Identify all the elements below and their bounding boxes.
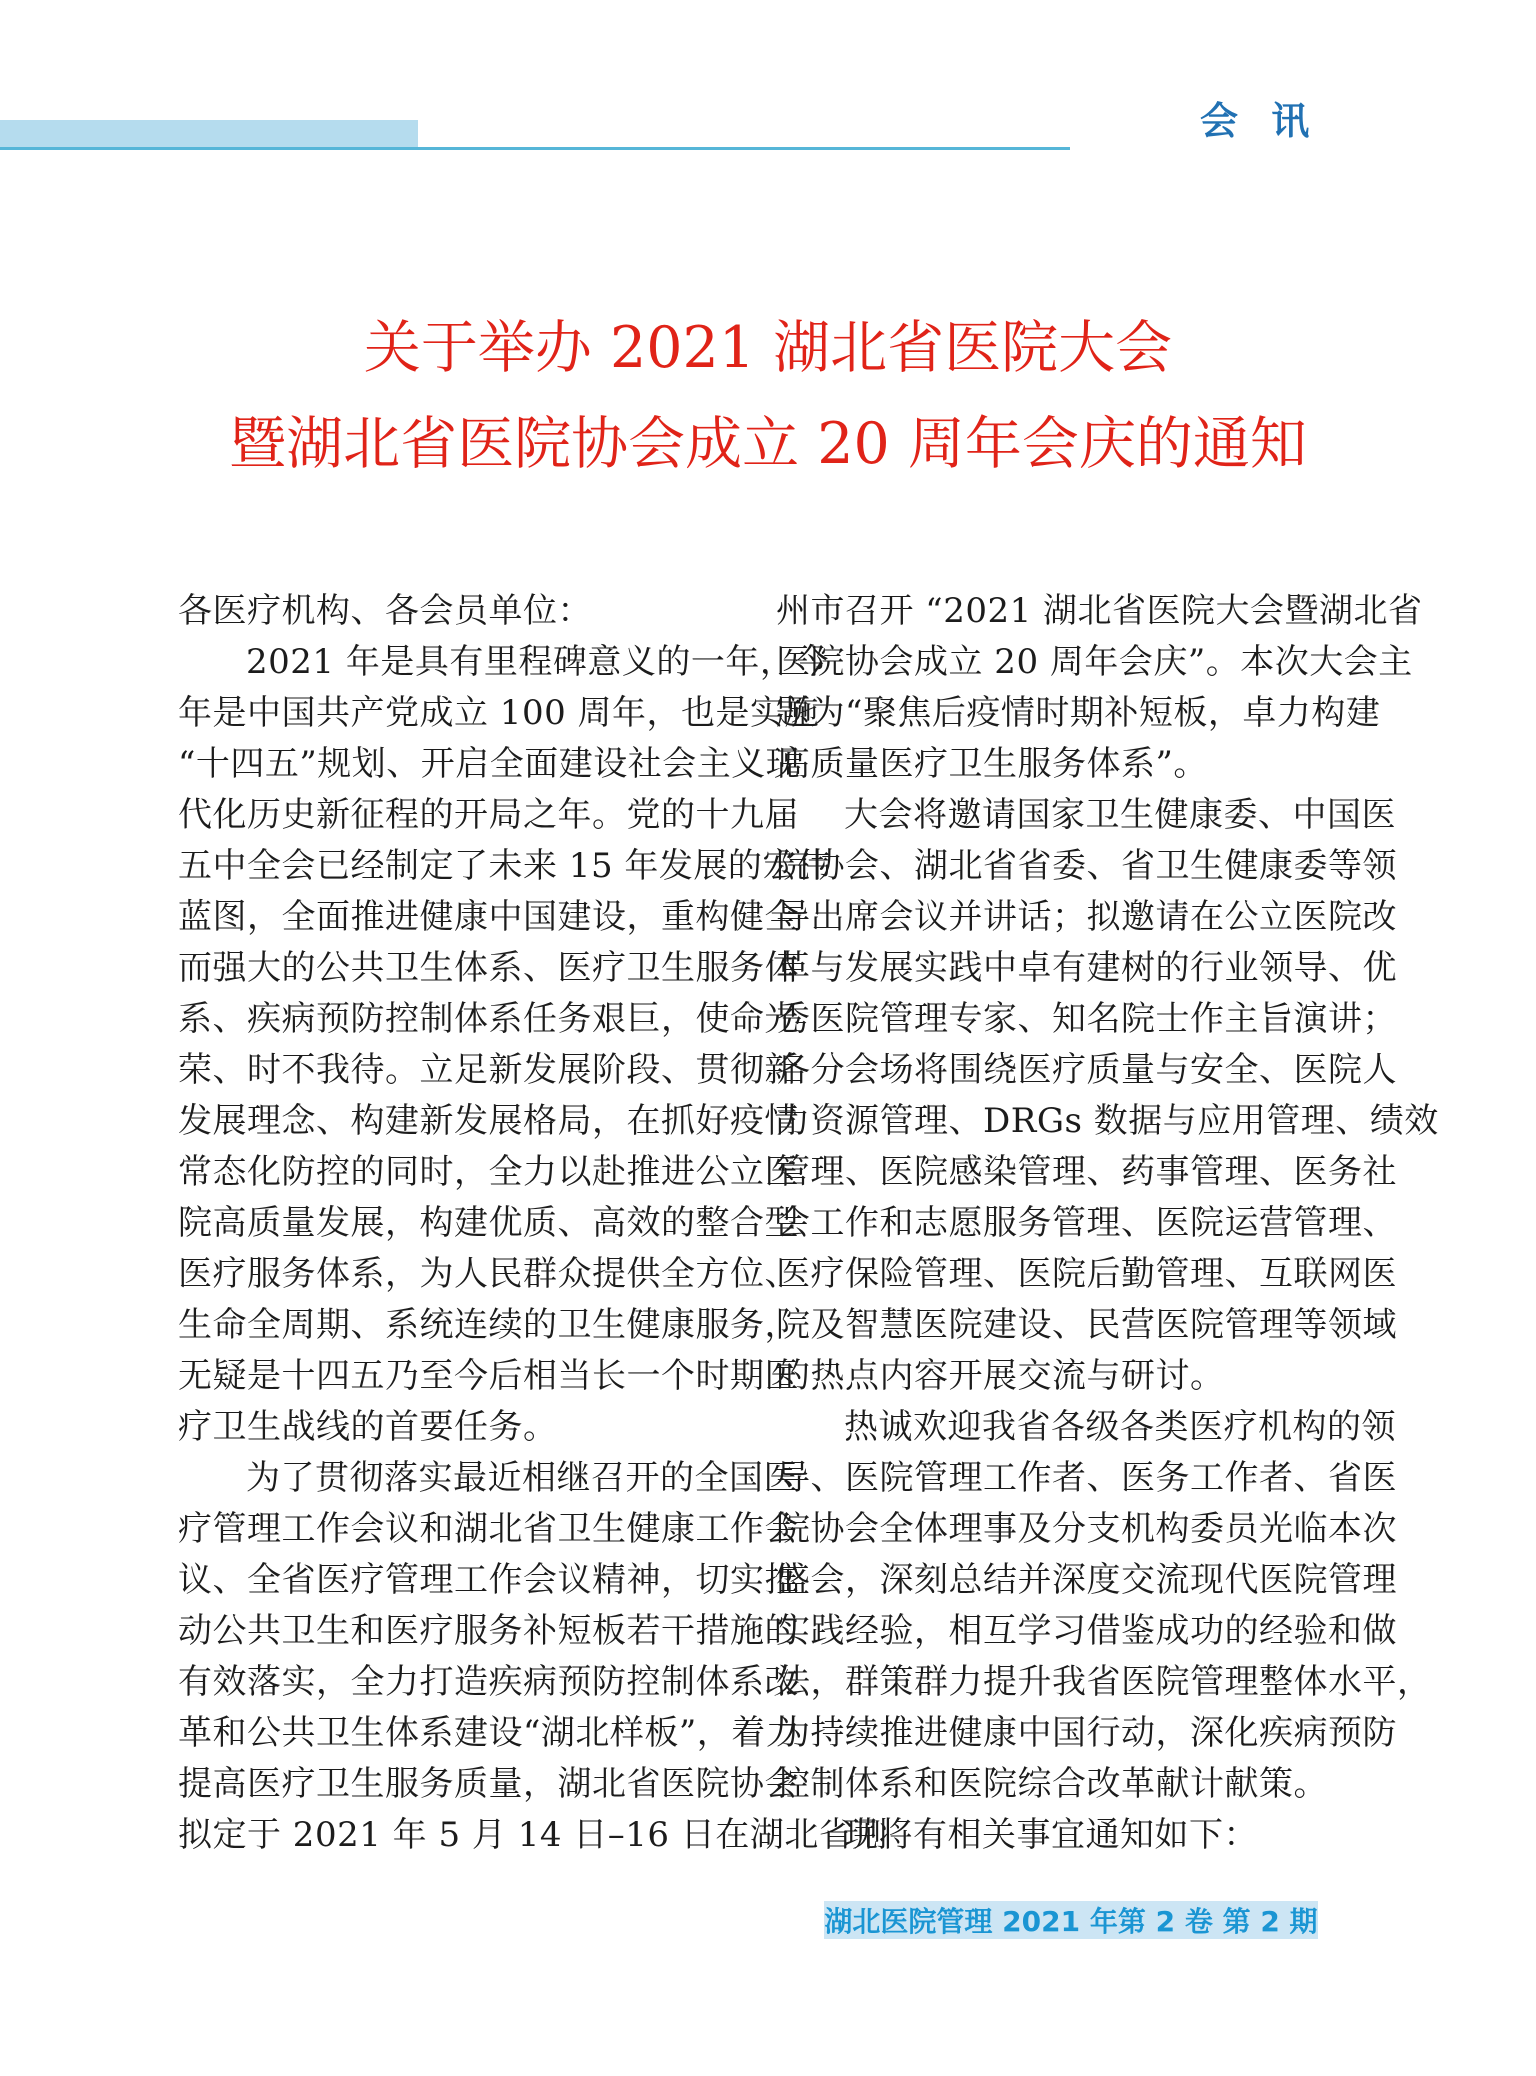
body-text-line: 管理、医院感染管理、药事管理、医务社 (776, 1147, 1324, 1198)
body-text-line: 控制体系和医院综合改革献计献策。 (776, 1759, 1324, 1810)
body-text-line: 革与发展实践中卓有建树的行业领导、优 (776, 943, 1324, 994)
body-text-line: 导出席会议并讲话；拟邀请在公立医院改 (776, 892, 1324, 943)
body-text-line: 题为“聚焦后疫情时期补短板，卓力构建 (776, 688, 1324, 739)
body-text-line: 常态化防控的同时，全力以赴推进公立医 (178, 1147, 730, 1198)
body-text-line: 各医疗机构、各会员单位： (178, 586, 730, 637)
body-column-left: 各医疗机构、各会员单位：2021 年是具有里程碑意义的一年，今年是中国共产党成立… (178, 586, 730, 1861)
body-text-line: 医疗服务体系，为人民群众提供全方位、 (178, 1249, 730, 1300)
body-text-line: 热诚欢迎我省各级各类医疗机构的领 (776, 1402, 1324, 1453)
body-text-line: 高质量医疗卫生服务体系”。 (776, 739, 1324, 790)
body-text-line: 拟定于 2021 年 5 月 14 日–16 日在湖北省荆 (178, 1810, 730, 1861)
body-text-line: 法，群策群力提升我省医院管理整体水平， (776, 1657, 1324, 1708)
body-text-line: 院及智慧医院建设、民营医院管理等领域 (776, 1300, 1324, 1351)
body-text-line: 秀医院管理专家、知名院士作主旨演讲； (776, 994, 1324, 1045)
body-text-line: 2021 年是具有里程碑意义的一年，今 (178, 637, 730, 688)
header-accent-bar (0, 120, 418, 150)
body-text-line: 盛会，深刻总结并深度交流现代医院管理 (776, 1555, 1324, 1606)
body-column-right: 州市召开 “2021 湖北省医院大会暨湖北省医院协会成立 20 周年会庆”。本次… (776, 586, 1324, 1861)
body-text-line: 院协会、湖北省省委、省卫生健康委等领 (776, 841, 1324, 892)
document-title-line1: 关于举办 2021 湖北省医院大会 (13, 318, 1523, 378)
body-text-line: 院协会全体理事及分支机构委员光临本次 (776, 1504, 1324, 1555)
body-text-line: 提高医疗卫生服务质量，湖北省医院协会 (178, 1759, 730, 1810)
body-text-line: 生命全周期、系统连续的卫生健康服务， (178, 1300, 730, 1351)
body-text-line: 医院协会成立 20 周年会庆”。本次大会主 (776, 637, 1324, 688)
body-text-line: 各分会场将围绕医疗质量与安全、医院人 (776, 1045, 1324, 1096)
section-label: 会 讯 (1200, 90, 1319, 145)
body-text-line: 州市召开 “2021 湖北省医院大会暨湖北省 (776, 586, 1324, 637)
body-text-line: 年是中国共产党成立 100 周年，也是实施 (178, 688, 730, 739)
body-text-line: 议、全省医疗管理工作会议精神，切实推 (178, 1555, 730, 1606)
body-text-line: 的热点内容开展交流与研讨。 (776, 1351, 1324, 1402)
body-text-line: 疗管理工作会议和湖北省卫生健康工作会 (178, 1504, 730, 1555)
body-text-line: 为了贯彻落实最近相继召开的全国医 (178, 1453, 730, 1504)
body-text-line: 会工作和志愿服务管理、医院运营管理、 (776, 1198, 1324, 1249)
body-text-line: 发展理念、构建新发展格局，在抓好疫情 (178, 1096, 730, 1147)
body-text-line: 医疗保险管理、医院后勤管理、互联网医 (776, 1249, 1324, 1300)
body-text-line: 力资源管理、DRGs 数据与应用管理、绩效 (776, 1096, 1324, 1147)
body-text-line: 革和公共卫生体系建设“湖北样板”，着力 (178, 1708, 730, 1759)
body-text-line: 院高质量发展，构建优质、高效的整合型 (178, 1198, 730, 1249)
body-text-line: 现将有相关事宜通知如下： (776, 1810, 1324, 1861)
body-text-line: 五中全会已经制定了未来 15 年发展的宏伟 (178, 841, 730, 892)
journal-issue-label: 湖北医院管理 2021 年第 2 卷 第 2 期 (824, 1900, 1317, 1940)
body-text-line: 而强大的公共卫生体系、医疗卫生服务体 (178, 943, 730, 994)
body-text-line: 大会将邀请国家卫生健康委、中国医 (776, 790, 1324, 841)
document-title-line2: 暨湖北省医院协会成立 20 周年会庆的通知 (13, 414, 1523, 474)
document-title: 关于举办 2021 湖北省医院大会 暨湖北省医院协会成立 20 周年会庆的通知 (13, 318, 1523, 474)
body-text-line: 疗卫生战线的首要任务。 (178, 1402, 730, 1453)
body-text-line: “十四五”规划、开启全面建设社会主义现 (178, 739, 730, 790)
body-text-line: 有效落实，全力打造疾病预防控制体系改 (178, 1657, 730, 1708)
header-rule-line (0, 147, 1070, 150)
body-text-line: 为持续推进健康中国行动，深化疾病预防 (776, 1708, 1324, 1759)
footer-banner: 湖北医院管理 2021 年第 2 卷 第 2 期 (824, 1901, 1318, 1939)
body-text-line: 实践经验，相互学习借鉴成功的经验和做 (776, 1606, 1324, 1657)
body-text-line: 系、疾病预防控制体系任务艰巨，使命光 (178, 994, 730, 1045)
body-text-line: 荣、时不我待。立足新发展阶段、贯彻新 (178, 1045, 730, 1096)
body-text-line: 代化历史新征程的开局之年。党的十九届 (178, 790, 730, 841)
body-text-line: 蓝图，全面推进健康中国建设，重构健全 (178, 892, 730, 943)
body-text-line: 无疑是十四五乃至今后相当长一个时期医 (178, 1351, 730, 1402)
body-text-line: 动公共卫生和医疗服务补短板若干措施的 (178, 1606, 730, 1657)
journal-page: 会 讯 关于举办 2021 湖北省医院大会 暨湖北省医院协会成立 20 周年会庆… (0, 0, 1536, 2076)
body-text-line: 导、医院管理工作者、医务工作者、省医 (776, 1453, 1324, 1504)
